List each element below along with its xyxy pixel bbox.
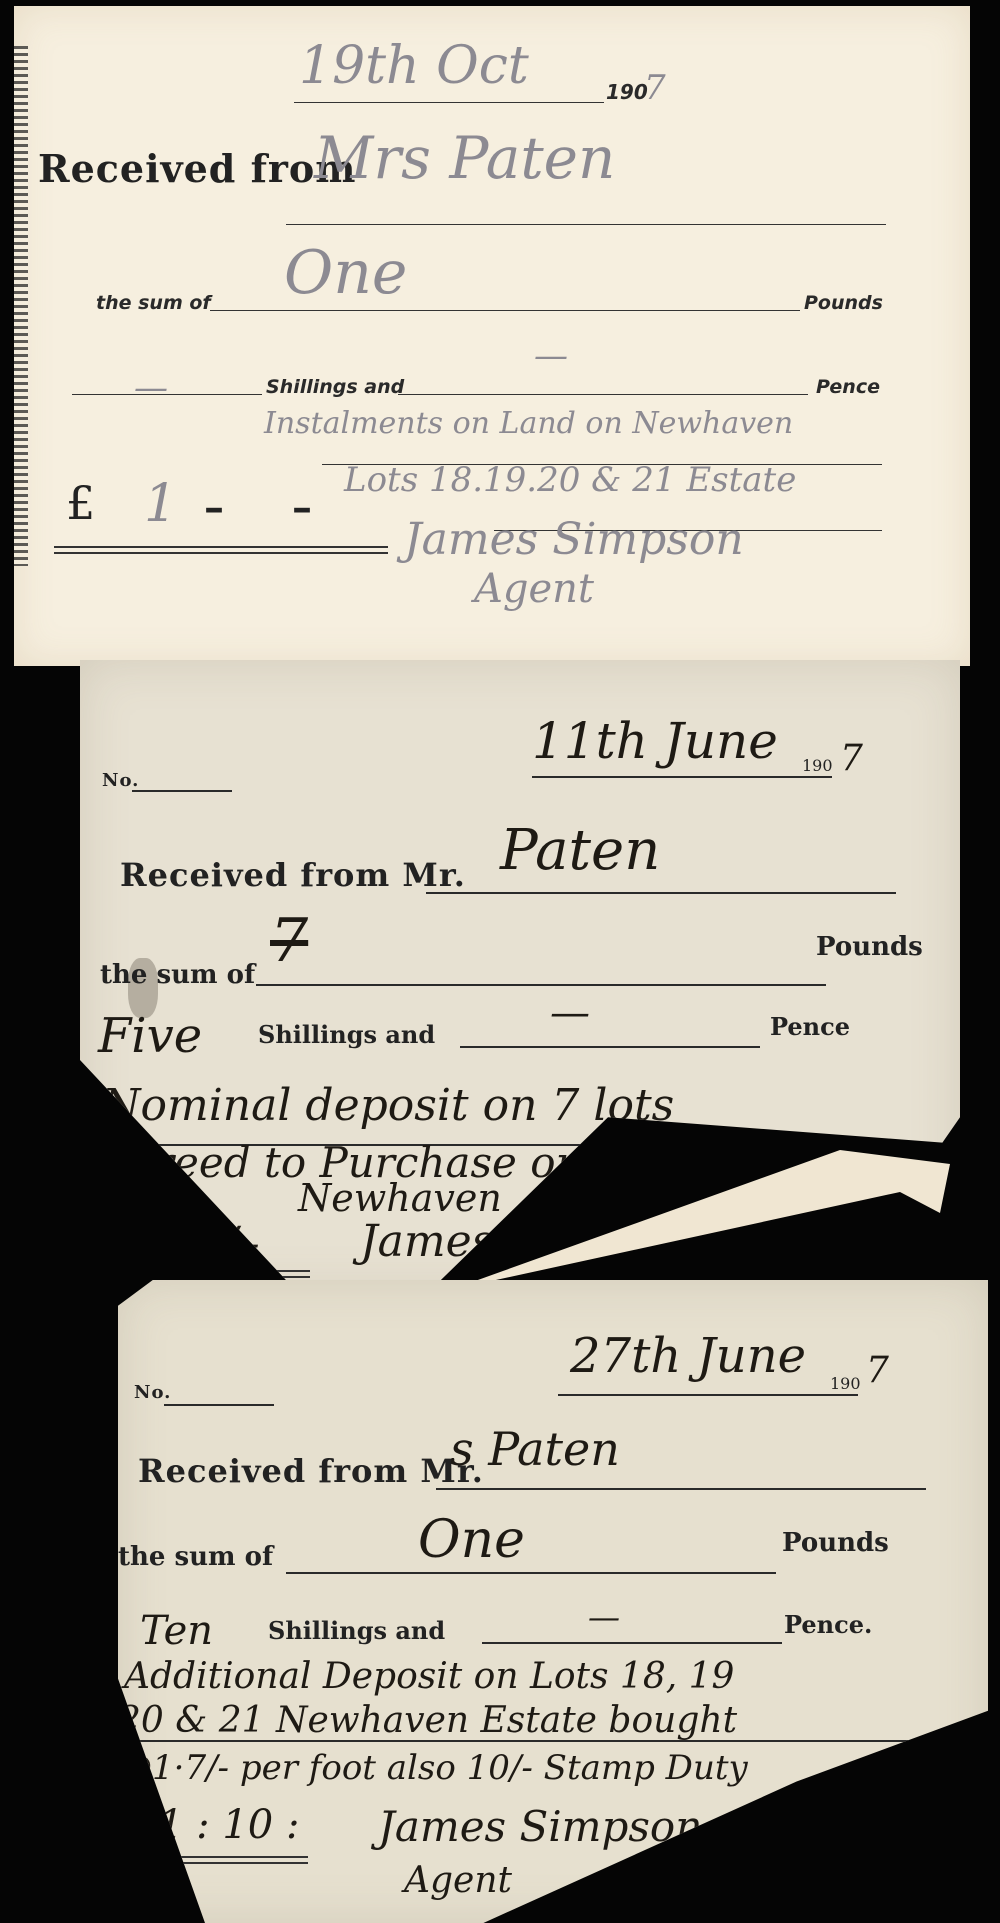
sum-label: the sum of: [100, 960, 255, 990]
shillings-label: Shillings and: [266, 376, 404, 398]
pounds-line: [256, 984, 826, 986]
shillings-written: —: [134, 368, 168, 408]
payer-line: [426, 892, 896, 894]
date-line: [294, 102, 604, 103]
pence-written: —: [550, 990, 590, 1036]
received-from-label: Received from Mr.: [138, 1452, 484, 1490]
payer-line: [436, 1488, 926, 1490]
receipt-1: 19th Oct 190 7 Received from Mrs Paten t…: [14, 6, 970, 666]
sum-label: the sum of: [96, 292, 211, 314]
signature: James: [360, 1216, 494, 1267]
note-line-3: @1·7/- per foot also 10/- Stamp Duty: [118, 1748, 748, 1788]
amount-shillings: –: [204, 484, 224, 531]
shillings-written: Five: [98, 1008, 202, 1064]
pounds-line: [286, 1572, 776, 1574]
pounds-written: 7: [270, 906, 308, 976]
printed-year: 190: [802, 756, 833, 775]
pence-line: [482, 1642, 782, 1644]
signatory-title: Agent: [474, 566, 594, 612]
shillings-label: Shillings and: [268, 1616, 445, 1645]
pounds-line: [210, 310, 800, 311]
payer-name: Mrs Paten: [314, 124, 615, 192]
note-line-1: Additional Deposit on Lots 18, 19: [124, 1656, 734, 1697]
pounds-label: Pounds: [816, 932, 923, 962]
payer-name: Paten: [500, 818, 660, 883]
printed-year: 190: [606, 80, 648, 104]
receipt-number-line: [164, 1404, 274, 1406]
year-suffix: 7: [866, 1350, 889, 1391]
printed-year: 190: [830, 1374, 861, 1393]
pence-label: Pence.: [784, 1610, 872, 1639]
amount-double-rule: [54, 546, 388, 554]
signature: James Simpson: [404, 514, 744, 565]
date-line: [558, 1394, 858, 1396]
note-line-2: Lots 18.19.20 & 21 Estate: [344, 460, 796, 500]
signature: James Simpson: [378, 1802, 702, 1851]
pence-label: Pence: [816, 376, 880, 398]
receipt-number-label: No.: [134, 1382, 171, 1403]
year-suffix: 7: [644, 68, 666, 108]
note-line-3: Newhaven: [298, 1176, 502, 1220]
pence-line: [398, 394, 808, 395]
payer-line: [286, 224, 886, 225]
shillings-written: Ten: [140, 1608, 213, 1654]
signatory-title: Agent: [404, 1860, 512, 1901]
pounds-written: One: [284, 238, 407, 308]
amount-pence: –: [292, 484, 312, 531]
currency-symbol: £: [66, 476, 95, 530]
received-from-label: Received from: [38, 146, 356, 191]
sum-label: the sum of: [118, 1542, 273, 1572]
shillings-label: Shillings and: [258, 1020, 435, 1049]
payer-name: s Paten: [450, 1422, 620, 1476]
pence-written: —: [588, 1598, 620, 1636]
pounds-written: One: [418, 1510, 525, 1570]
receipt-date: 27th June: [570, 1328, 806, 1384]
pence-line: [460, 1046, 760, 1048]
date-line: [532, 776, 832, 778]
perforated-edge: [14, 46, 28, 566]
amount-pounds: 1: [144, 474, 177, 534]
receipt-date: 19th Oct: [299, 36, 529, 96]
year-suffix: 7: [840, 738, 863, 779]
amount-double-rule: [178, 1856, 308, 1864]
pounds-label: Pounds: [804, 292, 883, 314]
note-line-2: 20 & 21 Newhaven Estate bought: [118, 1700, 737, 1741]
receipt-3: No. 27th June 190 7 Received from Mr. s …: [118, 1280, 988, 1923]
pence-label: Pence: [770, 1012, 850, 1041]
receipt-number-label: No.: [102, 770, 139, 791]
note-line-1: Instalments on Land on Newhaven: [264, 406, 793, 441]
pounds-label: Pounds: [782, 1528, 889, 1558]
receipt-date: 11th June: [532, 712, 778, 770]
receipt-number-line: [132, 790, 232, 792]
amount-value: :5/–: [180, 1218, 260, 1269]
amount-value: 1 : 10 :: [158, 1802, 299, 1848]
pence-written: —: [534, 336, 568, 376]
received-from-label: Received from Mr.: [120, 856, 466, 894]
note-line-1: Nominal deposit on 7 lots: [102, 1080, 674, 1131]
amount-double-rule: [180, 1270, 310, 1278]
